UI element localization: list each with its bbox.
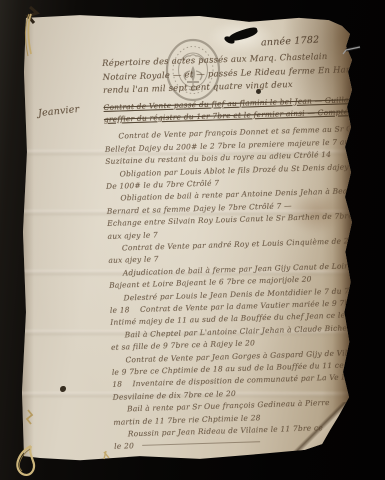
scan-background: année 1782 Jeanvier Répertoire des actes… — [0, 0, 385, 480]
manuscript-page: année 1782 Jeanvier Répertoire des actes… — [20, 12, 352, 462]
register-entries: Contrat de Vente par françois Donnet et … — [104, 123, 376, 454]
struck-out-entries: Contrat de Vente passé du fief au flamin… — [103, 93, 366, 126]
handwritten-text-block: Répertoire des actes passés aux Marq. Ch… — [102, 50, 376, 454]
margin-note-month: Jeanvier — [38, 104, 80, 119]
